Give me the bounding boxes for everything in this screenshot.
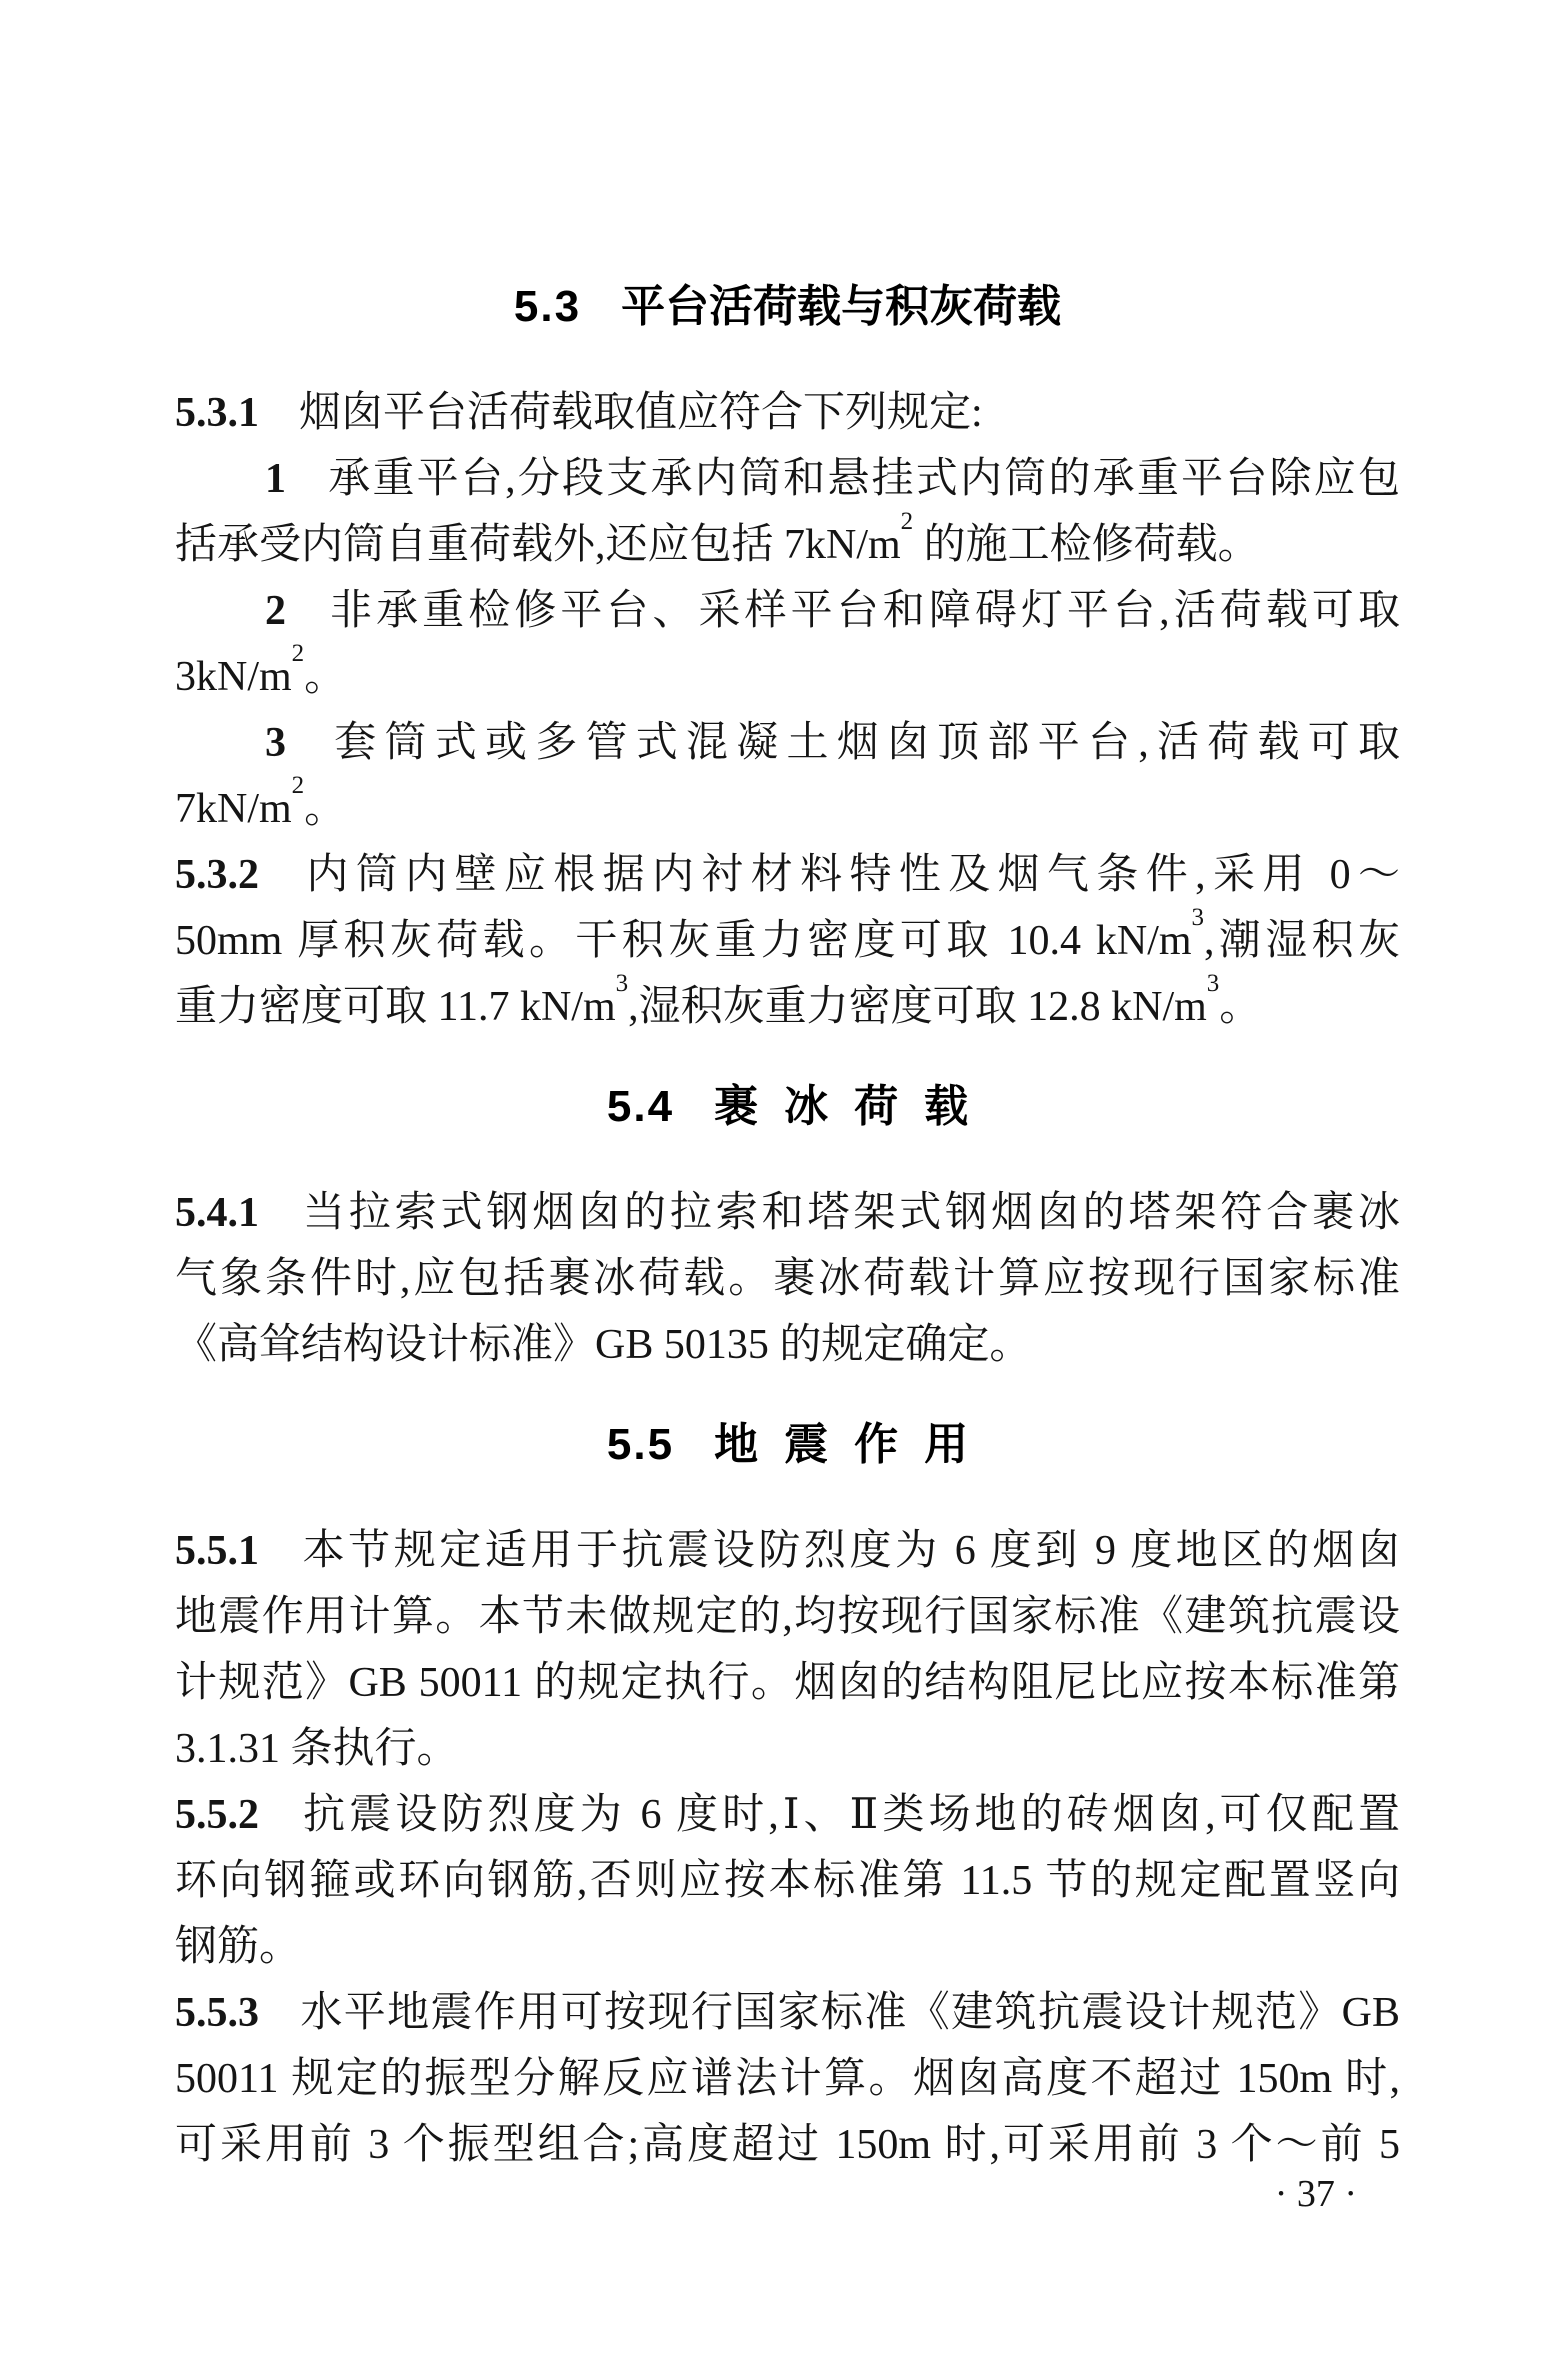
text-run: 计规范》GB 50011 的规定执行。烟囱的结构阻尼比应按本标准第 [175,1660,1400,1706]
text-run: 重力密度可取 11.7 kN/m [175,984,616,1030]
text-run: 当拉索式钢烟囱的拉索和塔架式钢烟囱的塔架符合裹冰 [299,1190,1400,1236]
text-line: 50mm 厚积灰荷载。干积灰重力密度可取 10.4 kN/m3,潮湿积灰 [175,908,1400,974]
clause-paragraph: 5.3.1烟囱平台活荷载取值应符合下列规定: [175,380,1400,446]
clause-number: 5.3.2 [175,852,259,898]
text-run: 钢筋。 [175,1924,301,1970]
text-line: 5.5.2抗震设防烈度为 6 度时,Ⅰ、Ⅱ类场地的砖烟囱,可仅配置 [175,1782,1400,1848]
text-run: 非承重检修平台、采样平台和障碍灯平台,活荷载可取 [326,588,1400,634]
text-line: 括承受内筒自重荷载外,还应包括 7kN/m2 的施工检修荷载。 [175,512,1400,578]
text-run: 7kN/m [175,786,292,832]
text-run: 的施工检修荷载。 [913,522,1260,568]
text-run: 承重平台,分段支承内筒和悬挂式内筒的承重平台除应包 [326,456,1400,502]
text-line: 环向钢箍或环向钢筋,否则应按本标准第 11.5 节的规定配置竖向 [175,1848,1400,1914]
clause-number: 5.4.1 [175,1190,259,1236]
text-line: 1承重平台,分段支承内筒和悬挂式内筒的承重平台除应包 [175,446,1400,512]
text-run: 抗震设防烈度为 6 度时,Ⅰ、Ⅱ类场地的砖烟囱,可仅配置 [299,1792,1400,1838]
heading-number: 5.4 [607,1082,674,1131]
text-line: 3套筒式或多管式混凝土烟囱顶部平台,活荷载可取 [175,710,1400,776]
text-run: 烟囱平台活荷载取值应符合下列规定: [299,390,983,436]
text-run: 。 [304,786,346,832]
heading-number: 5.5 [607,1420,674,1469]
clause-paragraph: 5.4.1当拉索式钢烟囱的拉索和塔架式钢烟囱的塔架符合裹冰气象条件时,应包括裹冰… [175,1180,1400,1378]
text-run: 50mm 厚积灰荷载。干积灰重力密度可取 10.4 kN/m [175,918,1192,964]
text-line: 计规范》GB 50011 的规定执行。烟囱的结构阻尼比应按本标准第 [175,1650,1400,1716]
text-line: 5.3.2内筒内壁应根据内衬材料特性及烟气条件,采用 0～ [175,842,1400,908]
clause-paragraph: 2非承重检修平台、采样平台和障碍灯平台,活荷载可取3kN/m2。 [175,578,1400,710]
heading-number: 5.3 [514,282,581,331]
text-line: 气象条件时,应包括裹冰荷载。裹冰荷载计算应按现行国家标准 [175,1246,1400,1312]
section-heading: 5.3平台活荷载与积灰荷载 [175,280,1400,334]
text-run: 气象条件时,应包括裹冰荷载。裹冰荷载计算应按现行国家标准 [175,1256,1400,1302]
text-run: 括承受内筒自重荷载外,还应包括 7kN/m [175,522,901,568]
superscript: 3 [1192,904,1205,931]
text-line: 可采用前 3 个振型组合;高度超过 150m 时,可采用前 3 个～前 5 [175,2112,1400,2178]
text-run: 3kN/m [175,654,292,700]
document-page: 5.3平台活荷载与积灰荷载5.3.1烟囱平台活荷载取值应符合下列规定:1承重平台… [0,0,1542,2371]
superscript: 2 [292,640,305,667]
text-run: 地震作用计算。本节未做规定的,均按现行国家标准《建筑抗震设 [175,1594,1400,1640]
text-run: 。 [304,654,346,700]
section-heading: 5.4裹冰荷载 [175,1080,1400,1134]
text-run: 本节规定适用于抗震设防烈度为 6 度到 9 度地区的烟囱 [299,1528,1400,1574]
section-heading: 5.5地震作用 [175,1418,1400,1472]
superscript: 3 [1207,970,1220,997]
text-run: 3.1.31 条执行。 [175,1726,459,1772]
clause-number: 5.5.2 [175,1792,259,1838]
text-line: 钢筋。 [175,1914,1400,1980]
text-run: ,湿积灰重力密度可取 12.8 kN/m [628,984,1207,1030]
text-run: 可采用前 3 个振型组合;高度超过 150m 时,可采用前 3 个～前 5 [175,2122,1400,2168]
text-line: 《高耸结构设计标准》GB 50135 的规定确定。 [175,1312,1400,1378]
clause-paragraph: 5.5.1本节规定适用于抗震设防烈度为 6 度到 9 度地区的烟囱地震作用计算。… [175,1518,1400,1782]
clause-number: 2 [265,588,286,634]
clause-paragraph: 5.3.2内筒内壁应根据内衬材料特性及烟气条件,采用 0～50mm 厚积灰荷载。… [175,842,1400,1040]
text-line: 2非承重检修平台、采样平台和障碍灯平台,活荷载可取 [175,578,1400,644]
text-run: 《高耸结构设计标准》GB 50135 的规定确定。 [175,1322,1031,1368]
text-line: 5.3.1烟囱平台活荷载取值应符合下列规定: [175,380,1400,446]
text-run: 。 [1219,984,1261,1030]
text-line: 地震作用计算。本节未做规定的,均按现行国家标准《建筑抗震设 [175,1584,1400,1650]
page-number: · 37 · [1275,2172,1357,2216]
text-line: 5.5.1本节规定适用于抗震设防烈度为 6 度到 9 度地区的烟囱 [175,1518,1400,1584]
clause-number: 5.5.1 [175,1528,259,1574]
text-line: 50011 规定的振型分解反应谱法计算。烟囱高度不超过 150m 时, [175,2046,1400,2112]
text-run: 环向钢箍或环向钢筋,否则应按本标准第 11.5 节的规定配置竖向 [175,1858,1400,1904]
text-run: 水平地震作用可按现行国家标准《建筑抗震设计规范》GB [299,1990,1400,2036]
clause-number: 3 [265,720,286,766]
clause-number: 1 [265,456,286,502]
text-line: 5.5.3水平地震作用可按现行国家标准《建筑抗震设计规范》GB [175,1980,1400,2046]
text-line: 3.1.31 条执行。 [175,1716,1400,1782]
clause-paragraph: 3套筒式或多管式混凝土烟囱顶部平台,活荷载可取7kN/m2。 [175,710,1400,842]
clause-number: 5.5.3 [175,1990,259,2036]
clause-paragraph: 5.5.2抗震设防烈度为 6 度时,Ⅰ、Ⅱ类场地的砖烟囱,可仅配置环向钢箍或环向… [175,1782,1400,1980]
superscript: 3 [616,970,629,997]
heading-title: 裹冰荷载 [714,1082,994,1131]
clause-number: 5.3.1 [175,390,259,436]
heading-title: 平台活荷载与积灰荷载 [621,282,1061,331]
text-run: 50011 规定的振型分解反应谱法计算。烟囱高度不超过 150m 时, [175,2056,1400,2102]
text-run: 内筒内壁应根据内衬材料特性及烟气条件,采用 0～ [299,852,1400,898]
page-content: 5.3平台活荷载与积灰荷载5.3.1烟囱平台活荷载取值应符合下列规定:1承重平台… [175,280,1400,2178]
heading-title: 地震作用 [714,1420,994,1469]
superscript: 2 [292,772,305,799]
text-line: 5.4.1当拉索式钢烟囱的拉索和塔架式钢烟囱的塔架符合裹冰 [175,1180,1400,1246]
clause-paragraph: 5.5.3水平地震作用可按现行国家标准《建筑抗震设计规范》GB50011 规定的… [175,1980,1400,2178]
text-line: 7kN/m2。 [175,776,1400,842]
clause-paragraph: 1承重平台,分段支承内筒和悬挂式内筒的承重平台除应包括承受内筒自重荷载外,还应包… [175,446,1400,578]
text-run: 套筒式或多管式混凝土烟囱顶部平台,活荷载可取 [326,720,1400,766]
text-line: 3kN/m2。 [175,644,1400,710]
text-run: ,潮湿积灰 [1204,918,1400,964]
superscript: 2 [901,508,914,535]
text-line: 重力密度可取 11.7 kN/m3,湿积灰重力密度可取 12.8 kN/m3。 [175,974,1400,1040]
